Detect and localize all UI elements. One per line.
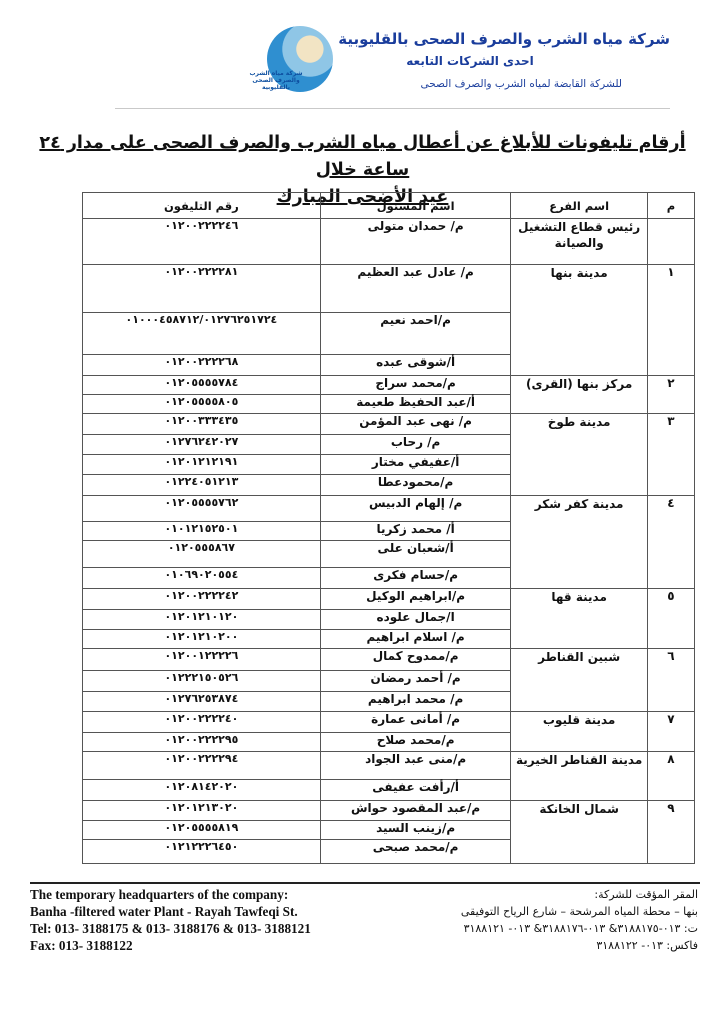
phone-number: ٠١٢٠١٢١٢١٩١ bbox=[83, 455, 321, 475]
responsible-person: أ/شوقى عبده bbox=[320, 355, 511, 376]
phone-number: ٠١٢٠٠٢٢٢٢٦٨ bbox=[83, 355, 321, 376]
branch-name: مدينة قليوب bbox=[511, 712, 647, 752]
phone-number: ٠١٢٧٦٢٤٢٠٢٧ bbox=[83, 435, 321, 455]
phone-number: ٠١٢٠٠٢٢٢٢٤٢ bbox=[83, 589, 321, 610]
responsible-person: أ/شعبان على bbox=[320, 541, 511, 568]
phone-number: ٠١٢٠٥٥٥٥٨١٩ bbox=[83, 821, 321, 840]
branch-name: مدينة طوخ bbox=[511, 414, 647, 496]
responsible-person: م/ممدوح كمال bbox=[320, 649, 511, 671]
phone-number: ٠١٢٠٥٥٥٨٦٧ bbox=[83, 541, 321, 568]
responsible-person: ا/جمال علوده bbox=[320, 610, 511, 630]
responsible-person: أ/عفيفي مختار bbox=[320, 455, 511, 475]
table-row: ١مدينة بنهام/ عادل عبد العظيم٠١٢٠٠٢٢٢٢٨١ bbox=[83, 265, 695, 313]
phone-number: ٠١٢٠٥٥٥٥٧٦٢ bbox=[83, 496, 321, 522]
phone-number: ٠١٢٠٥٥٥٥٨٠٥ bbox=[83, 395, 321, 414]
branch-name: مدينة قها bbox=[511, 589, 647, 649]
footer-en-line: Banha -filtered water Plant - Rayah Tawf… bbox=[30, 903, 370, 920]
phone-number: ٠١٢٢٤٠٥١٢١٣ bbox=[83, 475, 321, 496]
phone-number: ٠١٠٦٩٠٢٠٥٥٤ bbox=[83, 568, 321, 589]
branch-number bbox=[647, 219, 694, 265]
responsible-person: م/حسام فكرى bbox=[320, 568, 511, 589]
responsible-person: م/محمد صبحى bbox=[320, 840, 511, 864]
branch-number: ٨ bbox=[647, 752, 694, 801]
footer-arabic: المقر المؤقت للشركة: بنها – محطة المياه … bbox=[378, 886, 698, 954]
header-phone: رقم التليفون bbox=[83, 193, 321, 219]
footer-ar-line: ت: ٠١٣-٣١٨٨١٧٥& ٠١٣-٣١٨٨١٧٦& ٠١٣- ٣١٨٨١٢… bbox=[378, 920, 698, 937]
company-subtitle: احدى الشركات التابعه bbox=[370, 54, 570, 68]
footer-en-line: Fax: 013- 3188122 bbox=[30, 937, 370, 954]
branch-name: شمال الخانكة bbox=[511, 801, 647, 864]
phone-number: ٠١٠١٢١٥٢٥٠١ bbox=[83, 522, 321, 541]
branch-number: ٩ bbox=[647, 801, 694, 864]
header-person: اسم المسئول bbox=[320, 193, 511, 219]
table-row: ٥مدينة قهام/ابراهيم الوكيل٠١٢٠٠٢٢٢٢٤٢ bbox=[83, 589, 695, 610]
footer-ar-line: المقر المؤقت للشركة: bbox=[378, 886, 698, 903]
responsible-person: م/ عادل عبد العظيم bbox=[320, 265, 511, 313]
table-row: ٤مدينة كفر شكرم/ إلهام الدبيس٠١٢٠٥٥٥٥٧٦٢ bbox=[83, 496, 695, 522]
branch-name: مدينة القناطر الخيرية bbox=[511, 752, 647, 801]
footer-ar-line: فاكس: ٠١٣- ٣١٨٨١٢٢ bbox=[378, 937, 698, 954]
phone-number: ٠١٢٠١٢١٣٠٢٠ bbox=[83, 801, 321, 821]
responsible-person: أ/رأفت عفيفى bbox=[320, 780, 511, 801]
responsible-person: م/ محمد ابراهيم bbox=[320, 692, 511, 712]
branch-number: ٣ bbox=[647, 414, 694, 496]
table-row: رئيس قطاع التشغيل والصيانةم/ حمدان متولى… bbox=[83, 219, 695, 265]
branch-name: مدينة كفر شكر bbox=[511, 496, 647, 589]
branch-name: شبين القناطر bbox=[511, 649, 647, 712]
phone-number: ٠١٢٠٠١٢٢٢٢٦ bbox=[83, 649, 321, 671]
phone-number: ٠١٢٠٠٢٢٢٢٤٠ bbox=[83, 712, 321, 733]
branch-name: مركز بنها (القرى) bbox=[511, 376, 647, 414]
company-logo: شركة مياه الشرب والصرف الصحى بالقليوبية bbox=[245, 22, 335, 102]
phone-number: ٠١٢٠٠٢٢٢٢٩٥ bbox=[83, 733, 321, 752]
branch-name: رئيس قطاع التشغيل والصيانة bbox=[511, 219, 647, 265]
branch-name: مدينة بنها bbox=[511, 265, 647, 376]
footer-english: The temporary headquarters of the compan… bbox=[30, 886, 370, 954]
footer-en-line: Tel: 013- 3188175 & 013- 3188176 & 013- … bbox=[30, 920, 370, 937]
phone-number: ٠١٢٠٠٢٢٢٢٩٤ bbox=[83, 752, 321, 780]
holding-company: للشركة القابضة لمياه الشرب والصرف الصحى bbox=[421, 78, 622, 90]
company-name: شركة مياه الشرب والصرف الصحى بالقليوبية bbox=[338, 30, 670, 48]
document-page: شركة مياه الشرب والصرف الصحى بالقليوبية … bbox=[0, 0, 720, 1020]
responsible-person: م/منى عبد الجواد bbox=[320, 752, 511, 780]
header-divider bbox=[115, 108, 670, 109]
table-row: ٨مدينة القناطر الخيريةم/منى عبد الجواد٠١… bbox=[83, 752, 695, 780]
table-row: ٢مركز بنها (القرى)م/محمد سراج٠١٢٠٥٥٥٥٧٨٤ bbox=[83, 376, 695, 395]
title-line-1: أرقام تليفونات للأبلاغ عن أعطال مياه الش… bbox=[39, 133, 685, 180]
branch-number: ٦ bbox=[647, 649, 694, 712]
responsible-person: م/ إلهام الدبيس bbox=[320, 496, 511, 522]
table-row: ٩شمال الخانكةم/عبد المقصود حواش٠١٢٠١٢١٣٠… bbox=[83, 801, 695, 821]
responsible-person: م/ أمانى عمارة bbox=[320, 712, 511, 733]
responsible-person: م/ أحمد رمضان bbox=[320, 671, 511, 692]
responsible-person: أ/ محمد زكريا bbox=[320, 522, 511, 541]
phone-number: ٠١٢٠٠٢٢٢٢٨١ bbox=[83, 265, 321, 313]
footer-ar-line: بنها – محطة المياه المرشحة – شارع الرياح… bbox=[378, 903, 698, 920]
footer-divider bbox=[30, 882, 700, 884]
table-row: ٧مدينة قليوبم/ أمانى عمارة٠١٢٠٠٢٢٢٢٤٠ bbox=[83, 712, 695, 733]
responsible-person: م/ابراهيم الوكيل bbox=[320, 589, 511, 610]
table-body: رئيس قطاع التشغيل والصيانةم/ حمدان متولى… bbox=[83, 219, 695, 864]
phone-number: ٠١٢٠٨١٤٢٠٢٠ bbox=[83, 780, 321, 801]
responsible-person: م/محمودعطا bbox=[320, 475, 511, 496]
phone-number: ٠١٢٠١٢١٠١٢٠ bbox=[83, 610, 321, 630]
header-num: م bbox=[647, 193, 694, 219]
responsible-person: م/عبد المقصود حواش bbox=[320, 801, 511, 821]
header-branch: اسم الفرع bbox=[511, 193, 647, 219]
phone-number: ٠١٢٠٥٥٥٥٧٨٤ bbox=[83, 376, 321, 395]
logo-caption: شركة مياه الشرب والصرف الصحى بالقليوبية bbox=[245, 70, 307, 91]
phone-number: ٠١٠٠٠٤٥٨٧١٢/٠١٢٧٦٢٥١٧٢٤ bbox=[83, 313, 321, 355]
phone-number: ٠١٢٠٠٣٣٣٤٣٥ bbox=[83, 414, 321, 435]
branch-number: ٥ bbox=[647, 589, 694, 649]
phone-number: ٠١٢٠٠٢٢٢٢٤٦ bbox=[83, 219, 321, 265]
table-row: ٦شبين القناطرم/ممدوح كمال٠١٢٠٠١٢٢٢٢٦ bbox=[83, 649, 695, 671]
responsible-person: م/ رحاب bbox=[320, 435, 511, 455]
branch-number: ٧ bbox=[647, 712, 694, 752]
phone-number: ٠١٢٠١٢١٠٢٠٠ bbox=[83, 630, 321, 649]
table-row: ٣مدينة طوخم/ نهى عبد المؤمن٠١٢٠٠٣٣٣٤٣٥ bbox=[83, 414, 695, 435]
responsible-person: م/محمد صلاح bbox=[320, 733, 511, 752]
responsible-person: م/احمد نعيم bbox=[320, 313, 511, 355]
phone-number: ٠١٢٢٢١٥٠٥٢٦ bbox=[83, 671, 321, 692]
responsible-person: م/ حمدان متولى bbox=[320, 219, 511, 265]
branch-number: ١ bbox=[647, 265, 694, 376]
table-header-row: م اسم الفرع اسم المسئول رقم التليفون bbox=[83, 193, 695, 219]
responsible-person: أ/عبد الحفيظ طعيمة bbox=[320, 395, 511, 414]
branch-number: ٢ bbox=[647, 376, 694, 414]
phone-table: م اسم الفرع اسم المسئول رقم التليفون رئي… bbox=[82, 192, 695, 864]
responsible-person: م/ نهى عبد المؤمن bbox=[320, 414, 511, 435]
branch-number: ٤ bbox=[647, 496, 694, 589]
responsible-person: م/ اسلام ابراهيم bbox=[320, 630, 511, 649]
phone-number: ٠١٢٧٦٢٥٣٨٧٤ bbox=[83, 692, 321, 712]
footer-en-line: The temporary headquarters of the compan… bbox=[30, 886, 370, 903]
responsible-person: م/محمد سراج bbox=[320, 376, 511, 395]
responsible-person: م/زينب السيد bbox=[320, 821, 511, 840]
phone-number: ٠١٢١٢٢٢٦٤٥٠ bbox=[83, 840, 321, 864]
letterhead: شركة مياه الشرب والصرف الصحى بالقليوبية … bbox=[0, 0, 720, 110]
